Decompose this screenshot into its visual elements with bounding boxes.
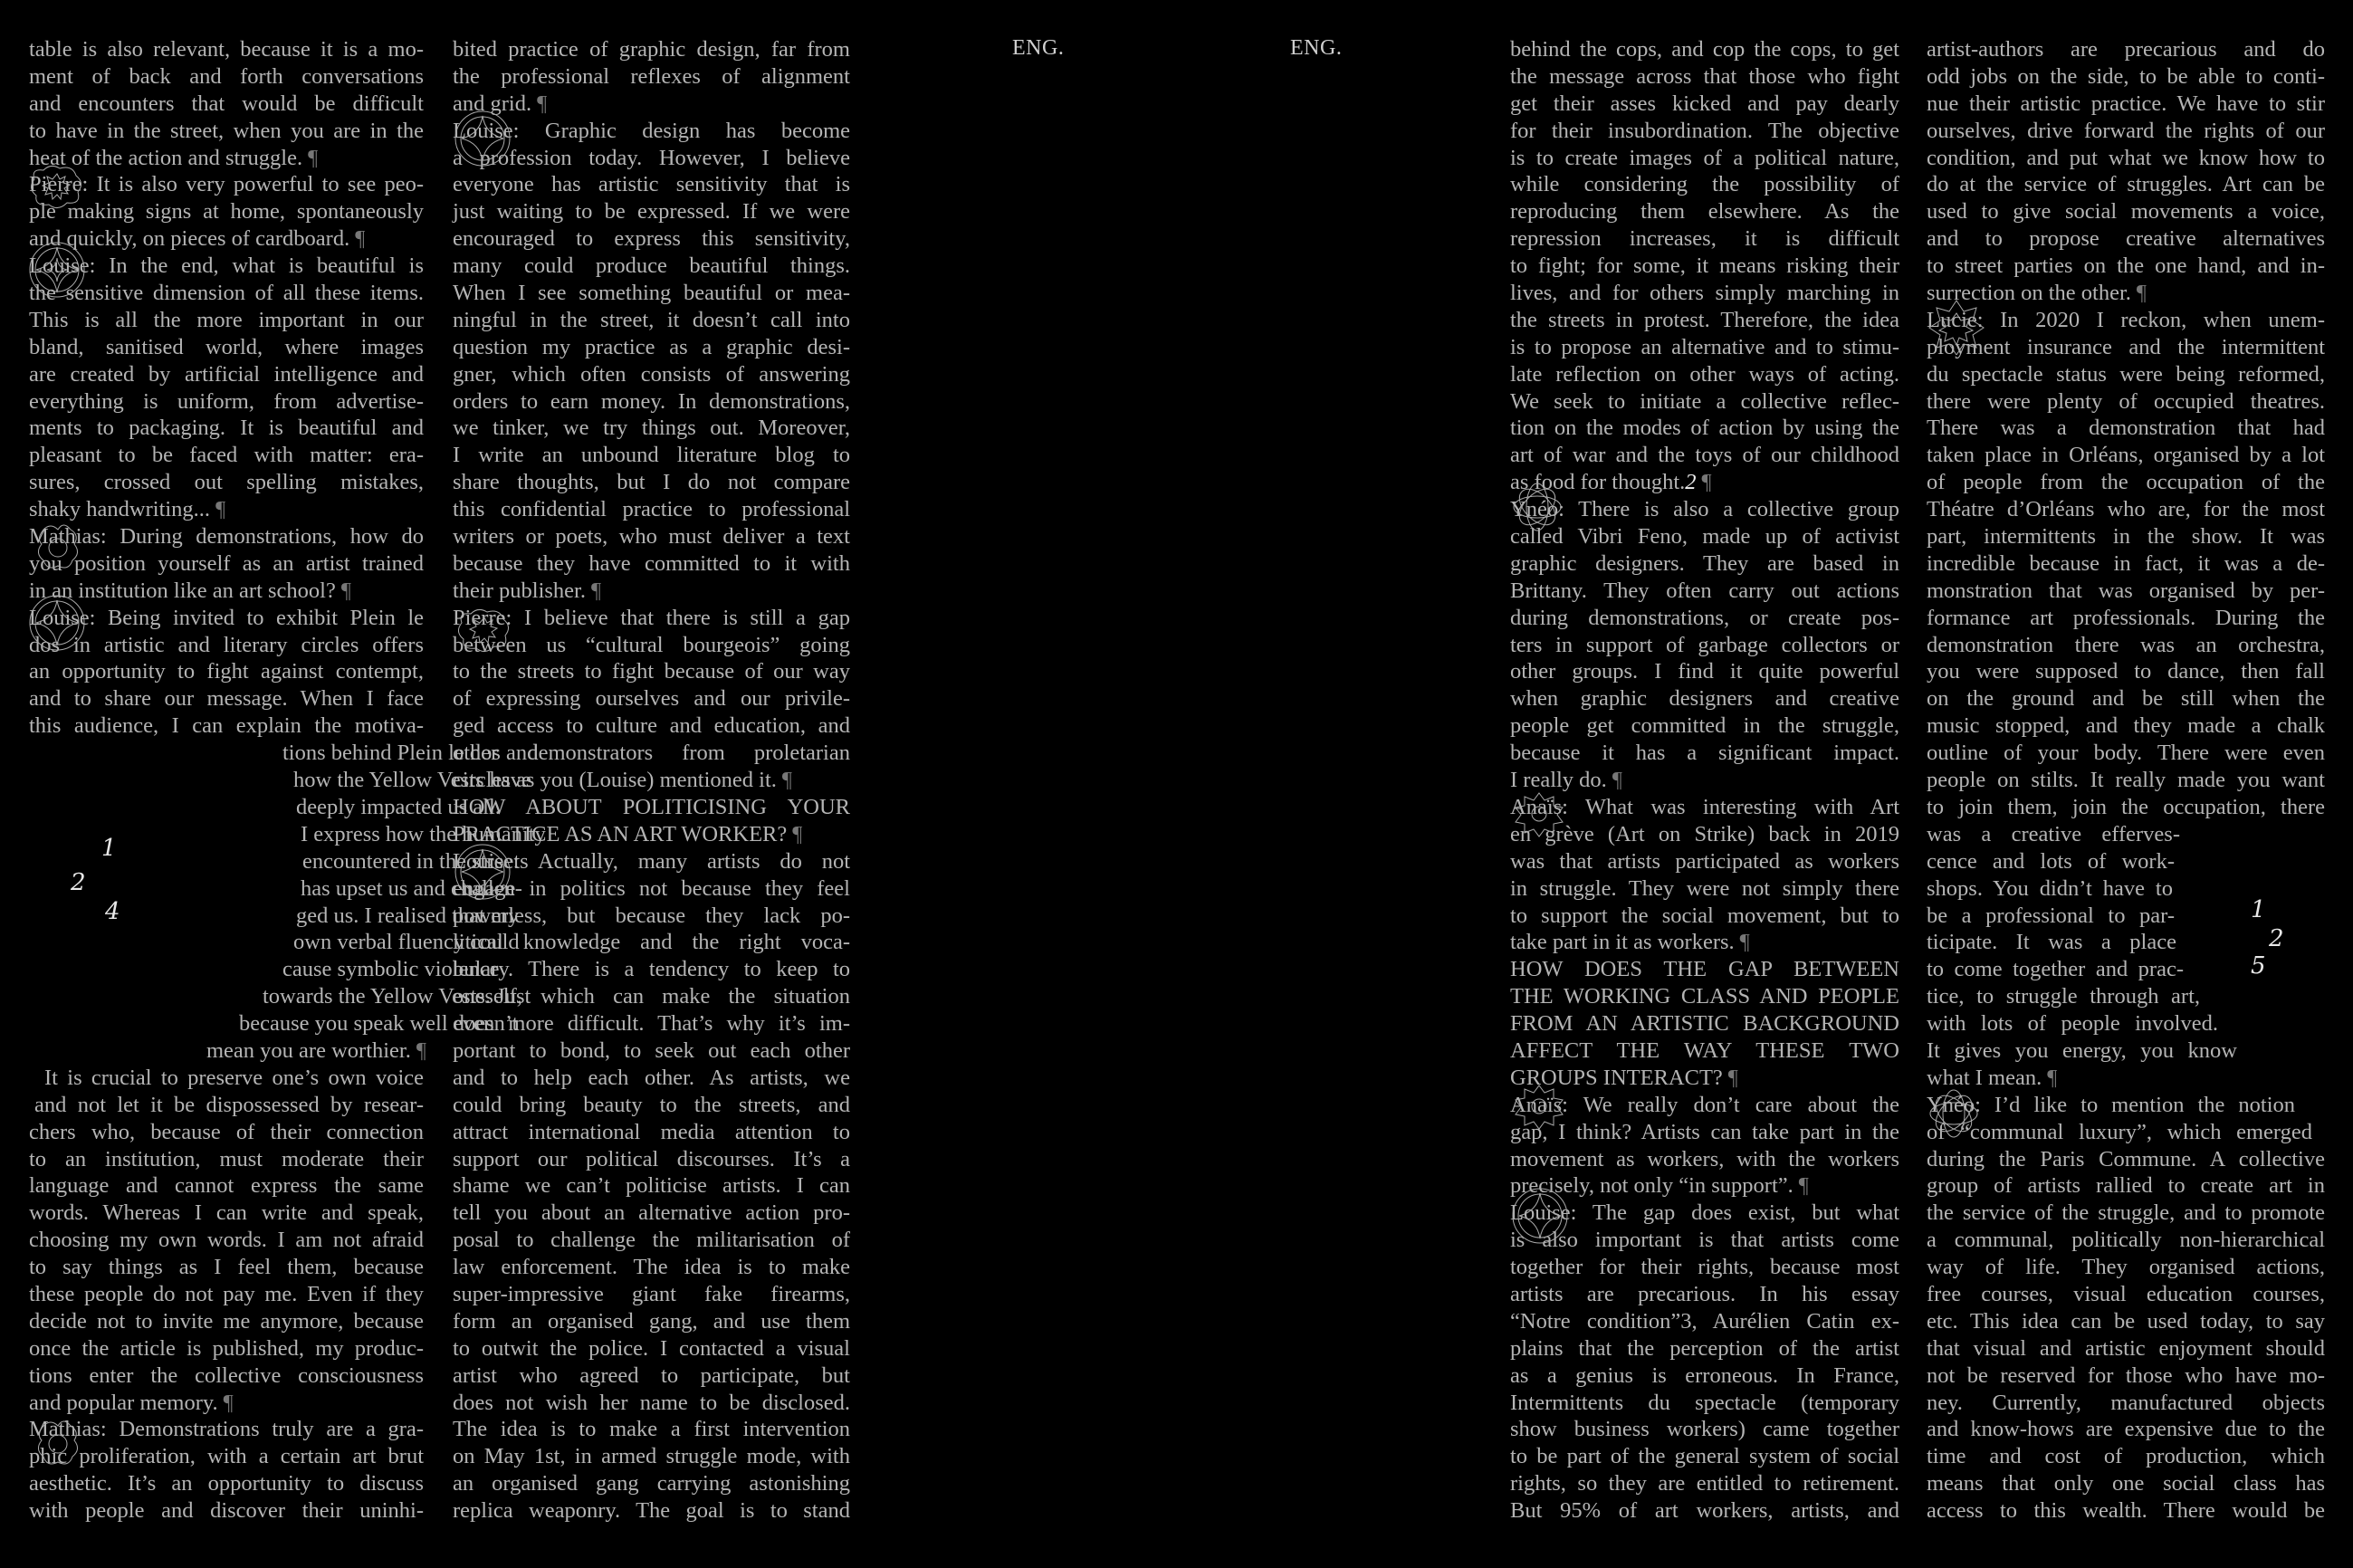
text-line: and know-hows are expensive due to the	[1927, 1416, 2325, 1443]
text-line: AFFECT THE WAY THESE TWO	[1510, 1037, 1899, 1065]
text-line: sures, crossed out spelling mistakes,	[29, 469, 424, 496]
text-line: demonstration there was an orchestra,	[1927, 632, 2325, 659]
text-line: during the Paris Commune. A collective	[1927, 1146, 2325, 1173]
text-line: rights, so they are entitled to retireme…	[1510, 1470, 1899, 1497]
text-line: ged access to culture and education, and	[453, 712, 850, 740]
header-eng-left: ENG.	[1012, 36, 1064, 61]
text-line: to street parties on the one hand, and i…	[1927, 253, 2325, 280]
text-line: in an institution like an art school?¶	[29, 578, 424, 605]
text-line: Mathias: During demonstrations, how do	[29, 523, 424, 550]
text-line: of expressing ourselves and our privile-	[453, 685, 850, 712]
text-line: the sensitive dimension of all these ite…	[29, 280, 424, 307]
text-line: the service of the struggle, and to prom…	[1927, 1200, 2325, 1227]
text-line: access to this wealth. There would be	[1927, 1497, 2325, 1525]
handwritten-number: 4	[105, 898, 120, 925]
text-line: cause symbolic violence	[29, 956, 424, 983]
text-line: way of life. They organised actions,	[1927, 1254, 2325, 1281]
text-line: and quickly, on pieces of cardboard.¶	[29, 225, 424, 253]
text-line: HOW ABOUT POLITICISING YOUR	[453, 794, 850, 821]
text-line: because it has a significant impact.	[1510, 740, 1899, 767]
pilcrow-icon: ¶	[341, 578, 351, 603]
handwritten-number: 2	[71, 869, 86, 896]
pilcrow-icon: ¶	[782, 768, 792, 792]
text-line: group of artists rallied to create art i…	[1927, 1172, 2325, 1200]
text-line: question my practice as a graphic desi-	[453, 334, 850, 361]
text-line: bited practice of graphic design, far fr…	[453, 36, 850, 63]
text-line: plains that the perception of the artist	[1510, 1335, 1899, 1362]
pilcrow-icon: ¶	[224, 1391, 234, 1415]
text-line: Anaïs: We really don’t care about the	[1510, 1092, 1899, 1119]
pilcrow-icon: ¶	[1728, 1066, 1738, 1090]
text-line: has upset us and challen-	[29, 875, 424, 903]
text-line: decide not to invite me anymore, because	[29, 1308, 424, 1335]
text-line: graphic designers. They are based in	[1510, 550, 1899, 578]
text-line: get their asses kicked and pay dearly	[1510, 91, 1899, 118]
pilcrow-icon: ¶	[1612, 768, 1622, 792]
text-line: precisely, not only “in support”.¶	[1510, 1172, 1899, 1200]
text-column-4: artist-authors are precarious and doodd …	[1927, 36, 2325, 1525]
text-line: is to create images of a political natur…	[1510, 145, 1899, 172]
text-line: ple making signs at home, spontaneously	[29, 198, 424, 225]
text-column-1: table is also relevant, because it is a …	[29, 36, 424, 1525]
text-line: support our political discourses. It’s a	[453, 1146, 850, 1173]
text-line: to be part of the general system of soci…	[1510, 1443, 1899, 1470]
text-line: ment of back and forth conversations	[29, 63, 424, 91]
text-line: everyone has artistic sensitivity that i…	[453, 171, 850, 198]
text-line: portant to bond, to seek out each other	[453, 1037, 850, 1065]
text-line: art of war and the toys of our childhood	[1510, 442, 1899, 469]
text-line: engage in politics not because they feel	[453, 875, 850, 903]
text-line: I write an unbound literature blog to	[453, 442, 850, 469]
text-line: and popular memory.¶	[29, 1390, 424, 1417]
text-line: It gives you energy, you know	[1927, 1037, 2237, 1065]
text-line: replica weaponry. The goal is to stand	[453, 1497, 850, 1525]
text-line: many could produce beautiful things.	[453, 253, 850, 280]
text-line: show business workers) came together	[1510, 1416, 1899, 1443]
text-line: to have in the street, when you are in t…	[29, 118, 424, 145]
text-line: table is also relevant, because it is a …	[29, 36, 424, 63]
text-line: oneself, which can make the situation	[453, 983, 850, 1010]
text-line: reproducing them elsewhere. As the	[1510, 198, 1899, 225]
pilcrow-icon: ¶	[308, 146, 318, 170]
text-line: chers who, because of their connection	[29, 1119, 424, 1146]
text-line: ments to packaging. It is beautiful and	[29, 415, 424, 442]
text-line: condition, and put what we know how to	[1927, 145, 2325, 172]
text-line: and to propose creative alternatives	[1927, 225, 2325, 253]
text-line: a communal, politically non-hierarchical	[1927, 1227, 2325, 1254]
text-line: ney. Currently, manufactured objects	[1927, 1390, 2325, 1417]
text-line: Pierre: I believe that there is still a …	[453, 605, 850, 632]
text-line: movement as workers, with the workers	[1510, 1146, 1899, 1173]
text-line: ters in support of garbage collectors or	[1510, 632, 1899, 659]
text-line: posal to challenge the militarisation of	[453, 1227, 850, 1254]
text-line: But 95% of art workers, artists, and	[1510, 1497, 1899, 1525]
text-line: called Vibri Feno, made up of activist	[1510, 523, 1899, 550]
pilcrow-icon: ¶	[591, 578, 601, 603]
text-line: a profession today. However, I believe	[453, 145, 850, 172]
text-line: outline of your body. There were even	[1927, 740, 2325, 767]
text-line: and encounters that would be difficult	[29, 91, 424, 118]
text-line: Mathias: Demonstrations truly are a gra-	[29, 1416, 424, 1443]
text-line: Louise: In the end, what is beautiful is	[29, 253, 424, 280]
text-line: and to help each other. As artists, we	[453, 1065, 850, 1092]
text-line: you position yourself as an artist train…	[29, 550, 424, 578]
text-line: incredible because in fact, it was a de-	[1927, 550, 2325, 578]
text-line: while considering the possibility of	[1510, 171, 1899, 198]
text-line: Louise: Actually, many artists do not	[453, 848, 850, 875]
text-line: Ynéo: There is also a collective group	[1510, 496, 1899, 523]
text-line: means that only one social class has	[1927, 1470, 2325, 1497]
pilcrow-icon: ¶	[355, 226, 365, 251]
text-line: writers or poets, who must deliver a tex…	[453, 523, 850, 550]
text-line: Louise: Graphic design has become	[453, 118, 850, 145]
text-line: artist who agreed to participate, but	[453, 1362, 850, 1390]
pilcrow-icon: ¶	[215, 497, 225, 521]
text-line: lives, and for others simply marching in	[1510, 280, 1899, 307]
text-line: tice, to struggle through art,	[1927, 983, 2200, 1010]
text-line: taken place in Orléans, organised by a l…	[1927, 442, 2325, 469]
text-column-2: bited practice of graphic design, far fr…	[453, 36, 850, 1525]
text-line: heat of the action and struggle.¶	[29, 145, 424, 172]
text-line: form an organised gang, and use them	[453, 1308, 850, 1335]
text-line: music stopped, and they made a chalk	[1927, 712, 2325, 740]
text-line: late reflection on other ways of acting.	[1510, 361, 1899, 388]
text-line: gner, which often consists of answering	[453, 361, 850, 388]
text-line: their publisher.¶	[453, 578, 850, 605]
text-line: Brittany. They often carry out actions	[1510, 578, 1899, 605]
text-line: mean you are worthier.¶	[29, 1037, 424, 1065]
text-line: as a genius is erroneous. In France,	[1510, 1362, 1899, 1390]
text-line: “Notre condition”3, Aurélien Catin ex-	[1510, 1308, 1899, 1335]
text-line: encountered in the streets	[29, 848, 424, 875]
text-line: When I see something beautiful or mea-	[453, 280, 850, 307]
text-line: pleasant to be faced with matter: era-	[29, 442, 424, 469]
text-line: ticipate. It was a place	[1927, 929, 2176, 956]
text-line: circles as you (Louise) mentioned it.¶	[453, 767, 850, 794]
text-line: to support the social movement, but to	[1510, 903, 1899, 930]
text-line: This is all the more important in our	[29, 307, 424, 334]
text-line: part, intermittents in the show. It was	[1927, 523, 2325, 550]
text-line: THE WORKING CLASS AND PEOPLE	[1510, 983, 1899, 1010]
text-line: an opportunity to fight against contempt…	[29, 658, 424, 685]
text-line: super-impressive giant fake firearms,	[453, 1281, 850, 1308]
footnote-marker: 2	[1685, 470, 1696, 494]
text-line: encouraged to express this sensitivity,	[453, 225, 850, 253]
text-line: of “communal luxury”, which emerged	[1927, 1119, 2312, 1146]
text-line: litical knowledge and the right voca-	[453, 929, 850, 956]
text-line: tions behind Plein le dos and	[29, 740, 424, 767]
text-line: how the Yellow Vests have	[29, 767, 424, 794]
text-line: shame we can’t politicise artists. I can	[453, 1172, 850, 1200]
text-line: gap, I think? Artists can take part in t…	[1510, 1119, 1899, 1146]
text-line: free courses, visual education courses,	[1927, 1281, 2325, 1308]
text-line: It is crucial to preserve one’s own voic…	[29, 1065, 424, 1092]
text-line: when graphic designers and creative	[1510, 685, 1899, 712]
text-line: as food for thought.2¶	[1510, 469, 1899, 496]
text-line: and grid.¶	[453, 91, 850, 118]
text-line: Ynéo: I’d like to mention the notion	[1927, 1092, 2295, 1119]
handwritten-number: 1	[101, 835, 117, 862]
text-line: etc. This idea can be used today, to say	[1927, 1308, 2325, 1335]
text-line: ourselves, drive forward the rights of o…	[1927, 118, 2325, 145]
text-line: was a creative efferves-	[1927, 821, 2180, 848]
text-line: attract international media attention to	[453, 1119, 850, 1146]
text-line: the streets in protest. Therefore, the i…	[1510, 307, 1899, 334]
text-line: to the streets to fight because of our w…	[453, 658, 850, 685]
text-line: there were plenty of occupied theatres.	[1927, 388, 2325, 416]
text-line: ged us. I realised that my	[29, 903, 424, 930]
text-line: dos in artistic and literary circles off…	[29, 632, 424, 659]
text-line: PRACTICE AS AN ART WORKER?¶	[453, 821, 850, 848]
text-line: Pierre: It is also very powerful to see …	[29, 171, 424, 198]
text-line: do at the service of struggles. Art can …	[1927, 171, 2325, 198]
text-line: tion on the modes of action by using the	[1510, 415, 1899, 442]
text-line: towards the Yellow Vests. Just	[29, 983, 424, 1010]
pilcrow-icon: ¶	[1799, 1173, 1809, 1198]
text-line: shops. You didn’t have to	[1927, 875, 2173, 903]
handwritten-number: 2	[2269, 925, 2284, 952]
text-line: to fight; for some, it means risking the…	[1510, 253, 1899, 280]
text-line: to say things as I feel them, because	[29, 1254, 424, 1281]
pilcrow-icon: ¶	[1702, 470, 1712, 494]
pilcrow-icon: ¶	[2137, 281, 2147, 305]
text-line: because they have committed to it with	[453, 550, 850, 578]
text-line: is to propose an alternative and to stim…	[1510, 334, 1899, 361]
text-line: formance art professionals. During the	[1927, 605, 2325, 632]
text-line: we tinker, we try things out. Moreover,	[453, 415, 850, 442]
text-line: to come together and prac-	[1927, 956, 2184, 983]
text-line: cence and lots of work-	[1927, 848, 2175, 875]
text-line: I really do.¶	[1510, 767, 1899, 794]
text-line: other demonstrators from proletarian	[453, 740, 850, 767]
text-line: take part in it as workers.¶	[1510, 929, 1899, 956]
text-line: tions enter the collective consciousness	[29, 1362, 424, 1390]
text-line: artist-authors are precarious and do	[1927, 36, 2325, 63]
text-line: to outwit the police. I contacted a visu…	[453, 1335, 850, 1362]
text-line: of people from the occupation of the	[1927, 469, 2325, 496]
text-line: even more difficult. That’s why it’s im-	[453, 1010, 850, 1037]
text-line: you were supposed to dance, then fall	[1927, 658, 2325, 685]
text-line: repression increases, it is difficult	[1510, 225, 1899, 253]
text-line: to an institution, must moderate their	[29, 1146, 424, 1173]
text-line: not be reserved for those who have mo-	[1927, 1362, 2325, 1390]
text-line: Anaïs: What was interesting with Art	[1510, 794, 1899, 821]
text-line: law enforcement. The idea is to make	[453, 1254, 850, 1281]
text-line: surrection on the other.¶	[1927, 280, 2325, 307]
text-line: on May 1st, in armed struggle mode, with	[453, 1443, 850, 1470]
text-line: bulary. There is a tendency to keep to	[453, 956, 850, 983]
text-line: what I mean.¶	[1927, 1065, 2325, 1092]
text-line: other groups. I find it quite powerful	[1510, 658, 1899, 685]
text-line: in struggle. They were not simply there	[1510, 875, 1899, 903]
text-line: to join them, join the occupation, there	[1927, 794, 2325, 821]
text-line: and not let it be dispossessed by resear…	[29, 1092, 424, 1119]
text-line: powerless, but because they lack po-	[453, 903, 850, 930]
text-line: odd jobs on the side, to be able to cont…	[1927, 63, 2325, 91]
text-line: Louise: The gap does exist, but what	[1510, 1200, 1899, 1227]
pilcrow-icon: ¶	[1740, 930, 1750, 954]
text-line: people get committed in the struggle,	[1510, 712, 1899, 740]
text-line: people on stilts. It really made you wan…	[1927, 767, 2325, 794]
text-line: just waiting to be expressed. If we were	[453, 198, 850, 225]
text-line: orders to earn money. In demonstrations,	[453, 388, 850, 416]
text-line: There was a demonstration that had	[1927, 415, 2325, 442]
text-line: words. Whereas I can write and speak,	[29, 1200, 424, 1227]
text-line: monstration that was organised by per-	[1927, 578, 2325, 605]
text-line: I express how the humanity	[29, 821, 424, 848]
text-line: own verbal fluency could	[29, 929, 424, 956]
text-line: with people and discover their uninhi-	[29, 1497, 424, 1525]
text-line: because you speak well doesn’t	[29, 1010, 424, 1037]
text-line: We seek to initiate a collective reflec-	[1510, 388, 1899, 416]
text-line: together for their rights, because most	[1510, 1254, 1899, 1281]
header-eng-right: ENG.	[1290, 36, 1342, 61]
text-line: the professional reflexes of alignment	[453, 63, 850, 91]
text-line: during demonstrations, or create pos-	[1510, 605, 1899, 632]
text-line: GROUPS INTERACT?¶	[1510, 1065, 1899, 1092]
text-line: everything is uniform, from advertise-	[29, 388, 424, 416]
text-line: FROM AN ARTISTIC BACKGROUND	[1510, 1010, 1899, 1037]
pilcrow-icon: ¶	[416, 1038, 426, 1063]
text-line: ployment insurance and the intermittent	[1927, 334, 2325, 361]
text-line: be a professional to par-	[1927, 903, 2175, 930]
text-line: nue their artistic practice. We have to …	[1927, 91, 2325, 118]
text-line: for their insubordination. The objective	[1510, 118, 1899, 145]
pilcrow-icon: ¶	[792, 822, 802, 846]
text-line: Louise: Being invited to exhibit Plein l…	[29, 605, 424, 632]
text-line: language and cannot express the same	[29, 1172, 424, 1200]
handwritten-number: 5	[2251, 952, 2266, 980]
text-line: does not wish her name to be disclosed.	[453, 1390, 850, 1417]
text-line: once the article is published, my produc…	[29, 1335, 424, 1362]
text-line: en grève (Art on Strike) back in 2019	[1510, 821, 1899, 848]
text-line: was that artists participated as workers	[1510, 848, 1899, 875]
text-line: behind the cops, and cop the cops, to ge…	[1510, 36, 1899, 63]
text-line: are created by artificial intelligence a…	[29, 361, 424, 388]
text-line: HOW DOES THE GAP BETWEEN	[1510, 956, 1899, 983]
text-line: ningful in the street, it doesn’t call i…	[453, 307, 850, 334]
text-line: that visual and artistic enjoyment shoul…	[1927, 1335, 2325, 1362]
text-line: the message across that those who fight	[1510, 63, 1899, 91]
text-line: Intermittents du spectacle (temporary	[1510, 1390, 1899, 1417]
text-line: Lucie: In 2020 I reckon, when unem-	[1927, 307, 2325, 334]
text-line: on the ground and be still when the	[1927, 685, 2325, 712]
text-line: bland, sanitised world, where images	[29, 334, 424, 361]
text-line: shaky handwriting...¶	[29, 496, 424, 523]
text-line: phic proliferation, with a certain art b…	[29, 1443, 424, 1470]
text-line: this confidential practice to profession…	[453, 496, 850, 523]
text-column-3: behind the cops, and cop the cops, to ge…	[1510, 36, 1899, 1525]
text-line: these people do not pay me. Even if they	[29, 1281, 424, 1308]
text-line: artists are precarious. In his essay	[1510, 1281, 1899, 1308]
text-line: with lots of people involved.	[1927, 1010, 2218, 1037]
text-line: could bring beauty to the streets, and	[453, 1092, 850, 1119]
text-line: Théatre d’Orléans who are, for the most	[1927, 496, 2325, 523]
pilcrow-icon: ¶	[2047, 1066, 2057, 1090]
text-line: is also important is that artists come	[1510, 1227, 1899, 1254]
text-line: du spectacle status were being reformed,	[1927, 361, 2325, 388]
text-line: and to share our message. When I face	[29, 685, 424, 712]
pilcrow-icon: ¶	[537, 91, 547, 116]
text-line: between us “cultural bourgeois” going	[453, 632, 850, 659]
text-line: The idea is to make a first intervention	[453, 1416, 850, 1443]
text-line: share thoughts, but I do not compare	[453, 469, 850, 496]
text-line: time and cost of production, which	[1927, 1443, 2325, 1470]
text-line: an organised gang carrying astonishing	[453, 1470, 850, 1497]
text-line: used to give social movements a voice,	[1927, 198, 2325, 225]
text-line: this audience, I can explain the motiva-	[29, 712, 424, 740]
text-line: choosing my own words. I am not afraid	[29, 1227, 424, 1254]
text-line: aesthetic. It’s an opportunity to discus…	[29, 1470, 424, 1497]
text-line: deeply impacted us all.	[29, 794, 424, 821]
handwritten-number: 1	[2251, 896, 2266, 923]
text-line: tell you about an alternative action pro…	[453, 1200, 850, 1227]
